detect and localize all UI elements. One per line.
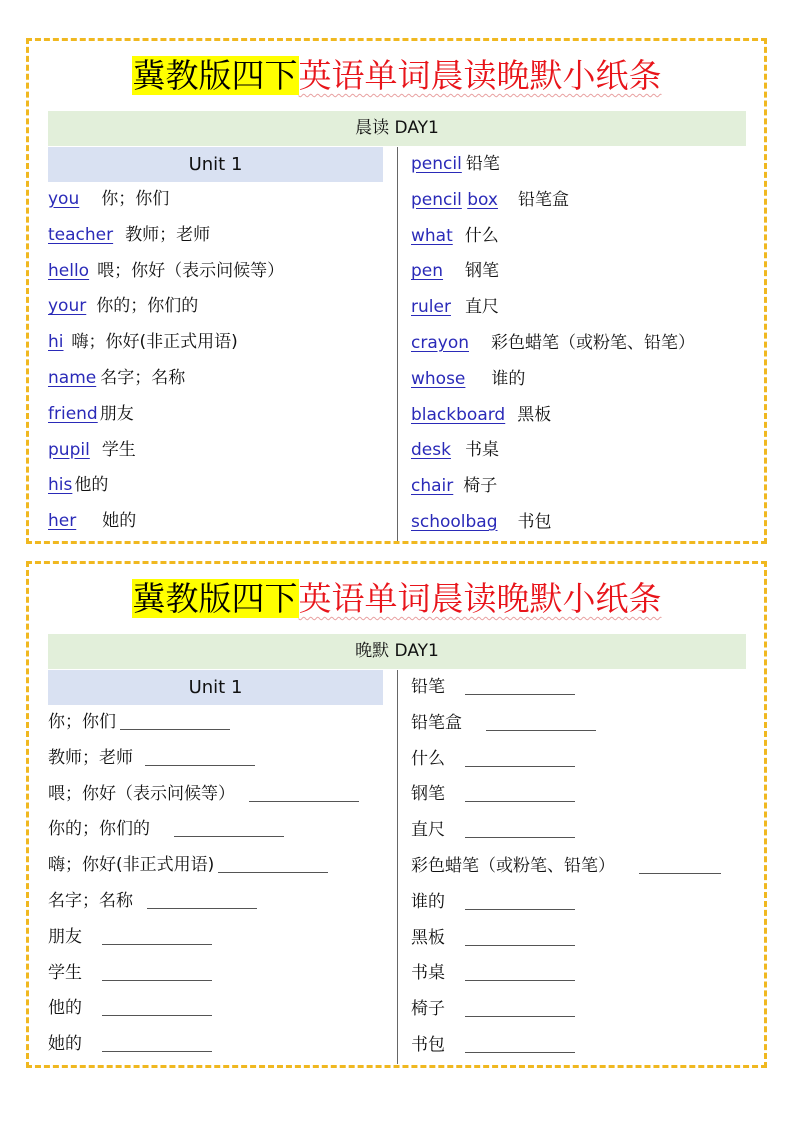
word-row: chair椅子 bbox=[411, 469, 751, 505]
chinese-meaning: 谁的 bbox=[491, 369, 525, 389]
chinese-meaning: 名字；名称 bbox=[48, 891, 133, 911]
page-title: 冀教版四下英语单词晨读晚默小纸条 bbox=[29, 574, 764, 624]
title-rest: 英语单词晨读晚默小纸条 bbox=[299, 56, 662, 95]
chinese-meaning: 铅笔盒 bbox=[411, 713, 462, 733]
word-row: you你；你们 bbox=[48, 182, 388, 218]
chinese-meaning: 铅笔盒 bbox=[518, 190, 569, 210]
english-word[interactable]: crayon bbox=[411, 333, 469, 353]
dictation-row: 教师；老师 bbox=[48, 741, 388, 777]
dictation-row: 她的 bbox=[48, 1027, 388, 1063]
answer-blank[interactable] bbox=[465, 889, 575, 910]
answer-blank[interactable] bbox=[102, 1031, 212, 1052]
word-row: pencil box铅笔盒 bbox=[411, 183, 751, 219]
unit-header: Unit 1 bbox=[48, 147, 383, 182]
word-row: whose谁的 bbox=[411, 362, 751, 398]
answer-blank[interactable] bbox=[120, 709, 230, 730]
chinese-meaning: 教师；老师 bbox=[125, 225, 210, 245]
dictation-row: 书桌 bbox=[411, 956, 751, 992]
answer-blank[interactable] bbox=[639, 853, 721, 874]
word-row: schoolbag书包 bbox=[411, 505, 751, 541]
word-row: friend朋友 bbox=[48, 397, 388, 433]
english-word[interactable]: hi bbox=[48, 332, 64, 352]
title-highlight: 冀教版四下 bbox=[132, 56, 299, 95]
answer-blank[interactable] bbox=[147, 888, 257, 909]
dictation-row: 嗨；你好(非正式用语) bbox=[48, 848, 388, 884]
dictation-list-left: 你；你们教师；老师喂；你好（表示问候等）你的；你们的嗨；你好(非正式用语)名字；… bbox=[48, 705, 388, 1063]
answer-blank[interactable] bbox=[102, 960, 212, 981]
chinese-meaning: 他的 bbox=[48, 998, 82, 1018]
chinese-meaning: 铅笔 bbox=[466, 154, 500, 174]
chinese-meaning: 他的 bbox=[74, 475, 108, 495]
chinese-meaning: 直尺 bbox=[465, 297, 499, 317]
english-word[interactable]: you bbox=[48, 189, 79, 209]
word-row: your你的；你们的 bbox=[48, 289, 388, 325]
dictation-row: 喂；你好（表示问候等） bbox=[48, 777, 388, 813]
morning-reading-card: 冀教版四下英语单词晨读晚默小纸条 晨读 DAY1 Unit 1 you你；你们t… bbox=[26, 38, 767, 544]
chinese-meaning: 椅子 bbox=[463, 476, 497, 496]
answer-blank[interactable] bbox=[465, 746, 575, 767]
word-row: blackboard黑板 bbox=[411, 398, 751, 434]
english-word[interactable]: what bbox=[411, 226, 453, 246]
english-word[interactable]: her bbox=[48, 511, 76, 531]
chinese-meaning: 椅子 bbox=[411, 999, 445, 1019]
english-word[interactable]: whose bbox=[411, 369, 465, 389]
english-word[interactable]: box bbox=[467, 190, 498, 210]
word-row: desk书桌 bbox=[411, 433, 751, 469]
day-header: 晚默 DAY1 bbox=[48, 634, 746, 669]
english-word[interactable]: pen bbox=[411, 261, 443, 281]
chinese-meaning: 喂；你好（表示问候等） bbox=[48, 784, 235, 804]
word-row: what什么 bbox=[411, 219, 751, 255]
word-row: pen钢笔 bbox=[411, 254, 751, 290]
dictation-row: 谁的 bbox=[411, 885, 751, 921]
answer-blank[interactable] bbox=[465, 996, 575, 1017]
chinese-meaning: 朋友 bbox=[100, 404, 134, 424]
dictation-row: 黑板 bbox=[411, 921, 751, 957]
dictation-row: 彩色蜡笔（或粉笔、铅笔） bbox=[411, 849, 751, 885]
chinese-meaning: 喂；你好（表示问候等） bbox=[97, 261, 284, 281]
chinese-meaning: 嗨；你好(非正式用语) bbox=[72, 332, 238, 352]
chinese-meaning: 黑板 bbox=[517, 405, 551, 425]
word-row: her她的 bbox=[48, 504, 388, 540]
word-row: hello喂；你好（表示问候等） bbox=[48, 254, 388, 290]
english-word[interactable]: pencil bbox=[411, 190, 462, 210]
chinese-meaning: 她的 bbox=[48, 1034, 82, 1054]
chinese-meaning: 什么 bbox=[465, 226, 499, 246]
answer-blank[interactable] bbox=[486, 710, 596, 731]
page-title: 冀教版四下英语单词晨读晚默小纸条 bbox=[29, 51, 764, 101]
chinese-meaning: 书包 bbox=[411, 1035, 445, 1055]
chinese-meaning: 朋友 bbox=[48, 927, 82, 947]
column-divider bbox=[397, 147, 398, 541]
english-word[interactable]: ruler bbox=[411, 297, 451, 317]
english-word[interactable]: teacher bbox=[48, 225, 113, 245]
chinese-meaning: 书包 bbox=[518, 512, 552, 532]
answer-blank[interactable] bbox=[102, 924, 212, 945]
chinese-meaning: 嗨；你好(非正式用语) bbox=[48, 855, 214, 875]
english-word[interactable]: hello bbox=[48, 261, 89, 281]
english-word[interactable]: friend bbox=[48, 404, 98, 424]
answer-blank[interactable] bbox=[249, 781, 359, 802]
dictation-row: 你的；你们的 bbox=[48, 812, 388, 848]
dictation-row: 铅笔 bbox=[411, 670, 751, 706]
chinese-meaning: 你；你们 bbox=[101, 189, 169, 209]
dictation-row: 他的 bbox=[48, 991, 388, 1027]
day-header: 晨读 DAY1 bbox=[48, 111, 746, 146]
english-word[interactable]: name bbox=[48, 368, 96, 388]
chinese-meaning: 她的 bbox=[102, 511, 136, 531]
dictation-row: 朋友 bbox=[48, 920, 388, 956]
english-word[interactable]: your bbox=[48, 296, 86, 316]
chinese-meaning: 谁的 bbox=[411, 892, 445, 912]
title-highlight: 冀教版四下 bbox=[132, 579, 299, 618]
dictation-row: 学生 bbox=[48, 956, 388, 992]
word-row: pupil学生 bbox=[48, 433, 388, 469]
chinese-meaning: 学生 bbox=[48, 963, 82, 983]
dictation-list-right: 铅笔铅笔盒什么钢笔直尺彩色蜡笔（或粉笔、铅笔）谁的黑板书桌椅子书包 bbox=[411, 670, 751, 1064]
word-row: name名字；名称 bbox=[48, 361, 388, 397]
unit-header: Unit 1 bbox=[48, 670, 383, 705]
chinese-meaning: 你；你们 bbox=[48, 712, 116, 732]
english-word[interactable]: pupil bbox=[48, 440, 90, 460]
dictation-row: 铅笔盒 bbox=[411, 706, 751, 742]
dictation-row: 名字；名称 bbox=[48, 884, 388, 920]
dictation-row: 钢笔 bbox=[411, 777, 751, 813]
chinese-meaning: 直尺 bbox=[411, 820, 445, 840]
chinese-meaning: 你的；你们的 bbox=[96, 296, 198, 316]
dictation-row: 你；你们 bbox=[48, 705, 388, 741]
chinese-meaning: 教师；老师 bbox=[48, 748, 133, 768]
english-word[interactable]: desk bbox=[411, 440, 451, 460]
chinese-meaning: 彩色蜡笔（或粉笔、铅笔） bbox=[411, 856, 615, 876]
chinese-meaning: 名字；名称 bbox=[100, 368, 185, 388]
word-row: crayon彩色蜡笔（或粉笔、铅笔） bbox=[411, 326, 751, 362]
english-word[interactable]: blackboard bbox=[411, 405, 505, 425]
answer-blank[interactable] bbox=[145, 745, 255, 766]
dictation-row: 直尺 bbox=[411, 813, 751, 849]
chinese-meaning: 彩色蜡笔（或粉笔、铅笔） bbox=[491, 333, 695, 353]
answer-blank[interactable] bbox=[465, 960, 575, 981]
word-row: pencil铅笔 bbox=[411, 147, 751, 183]
english-word[interactable]: pencil bbox=[411, 154, 462, 174]
chinese-meaning: 黑板 bbox=[411, 928, 445, 948]
english-word[interactable]: his bbox=[48, 475, 72, 495]
answer-blank[interactable] bbox=[465, 1032, 575, 1053]
answer-blank[interactable] bbox=[465, 781, 575, 802]
answer-blank[interactable] bbox=[218, 852, 328, 873]
title-rest: 英语单词晨读晚默小纸条 bbox=[299, 579, 662, 618]
dictation-row: 椅子 bbox=[411, 992, 751, 1028]
evening-dictation-card: 冀教版四下英语单词晨读晚默小纸条 晚默 DAY1 Unit 1 你；你们教师；老… bbox=[26, 561, 767, 1068]
chinese-meaning: 你的；你们的 bbox=[48, 819, 150, 839]
dictation-row: 书包 bbox=[411, 1028, 751, 1064]
dictation-row: 什么 bbox=[411, 742, 751, 778]
word-list-right: pencil铅笔pencil box铅笔盒what什么pen钢笔ruler直尺c… bbox=[411, 147, 751, 541]
chinese-meaning: 钢笔 bbox=[465, 261, 499, 281]
chinese-meaning: 书桌 bbox=[411, 963, 445, 983]
chinese-meaning: 书桌 bbox=[465, 440, 499, 460]
answer-blank[interactable] bbox=[102, 995, 212, 1016]
word-row: his他的 bbox=[48, 468, 388, 504]
answer-blank[interactable] bbox=[465, 674, 575, 695]
column-divider bbox=[397, 670, 398, 1064]
word-list-left: you你；你们teacher教师；老师hello喂；你好（表示问候等）your你… bbox=[48, 182, 388, 540]
answer-blank[interactable] bbox=[465, 925, 575, 946]
chinese-meaning: 钢笔 bbox=[411, 784, 445, 804]
answer-blank[interactable] bbox=[465, 817, 575, 838]
english-word[interactable]: schoolbag bbox=[411, 512, 498, 532]
english-word[interactable]: chair bbox=[411, 476, 453, 496]
word-row: hi嗨；你好(非正式用语) bbox=[48, 325, 388, 361]
word-row: ruler直尺 bbox=[411, 290, 751, 326]
chinese-meaning: 什么 bbox=[411, 749, 445, 769]
chinese-meaning: 铅笔 bbox=[411, 677, 445, 697]
chinese-meaning: 学生 bbox=[102, 440, 136, 460]
answer-blank[interactable] bbox=[174, 816, 284, 837]
word-row: teacher教师；老师 bbox=[48, 218, 388, 254]
